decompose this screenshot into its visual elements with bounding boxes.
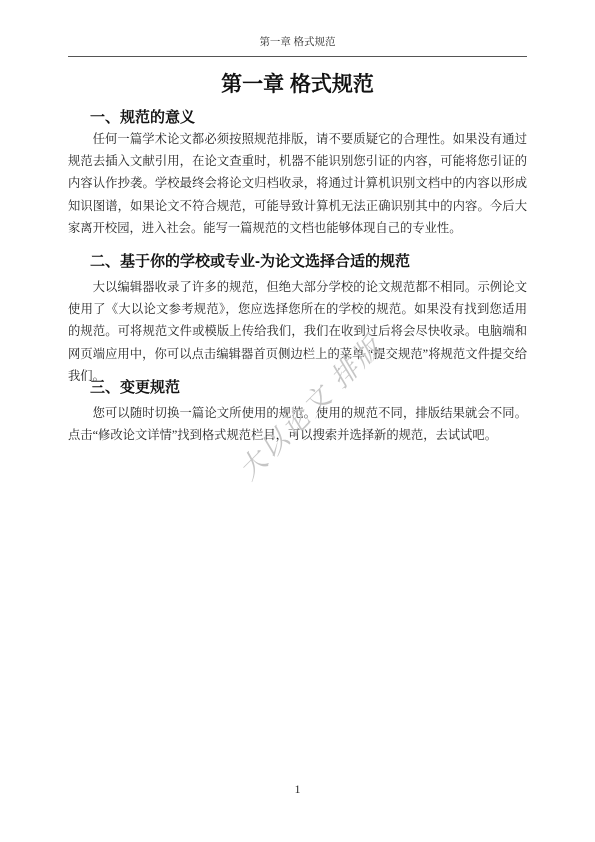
section-heading-1: 一、规范的意义 bbox=[90, 108, 527, 128]
section-heading-3: 三、变更规范 bbox=[90, 378, 527, 398]
running-header: 第一章 格式规范 bbox=[68, 36, 527, 49]
section-body-2: 大以编辑器收录了许多的规范，但绝大部分学校的论文规范都不相同。示例论文使用了《大… bbox=[68, 276, 527, 387]
header-rule bbox=[68, 56, 527, 57]
document-page: 第一章 格式规范 第一章 格式规范 一、规范的意义 任何一篇学术论文都必须按照规… bbox=[0, 0, 595, 842]
page-number: 1 bbox=[0, 782, 595, 797]
chapter-title: 第一章 格式规范 bbox=[68, 70, 527, 100]
section-body-3: 您可以随时切换一篇论文所使用的规范。使用的规范不同，排版结果就会不同。点击“修改… bbox=[68, 402, 527, 446]
section-body-1: 任何一篇学术论文都必须按照规范排版，请不要质疑它的合理性。如果没有通过规范去插入… bbox=[68, 128, 527, 239]
section-heading-2: 二、基于你的学校或专业-为论文选择合适的规范 bbox=[90, 252, 527, 272]
